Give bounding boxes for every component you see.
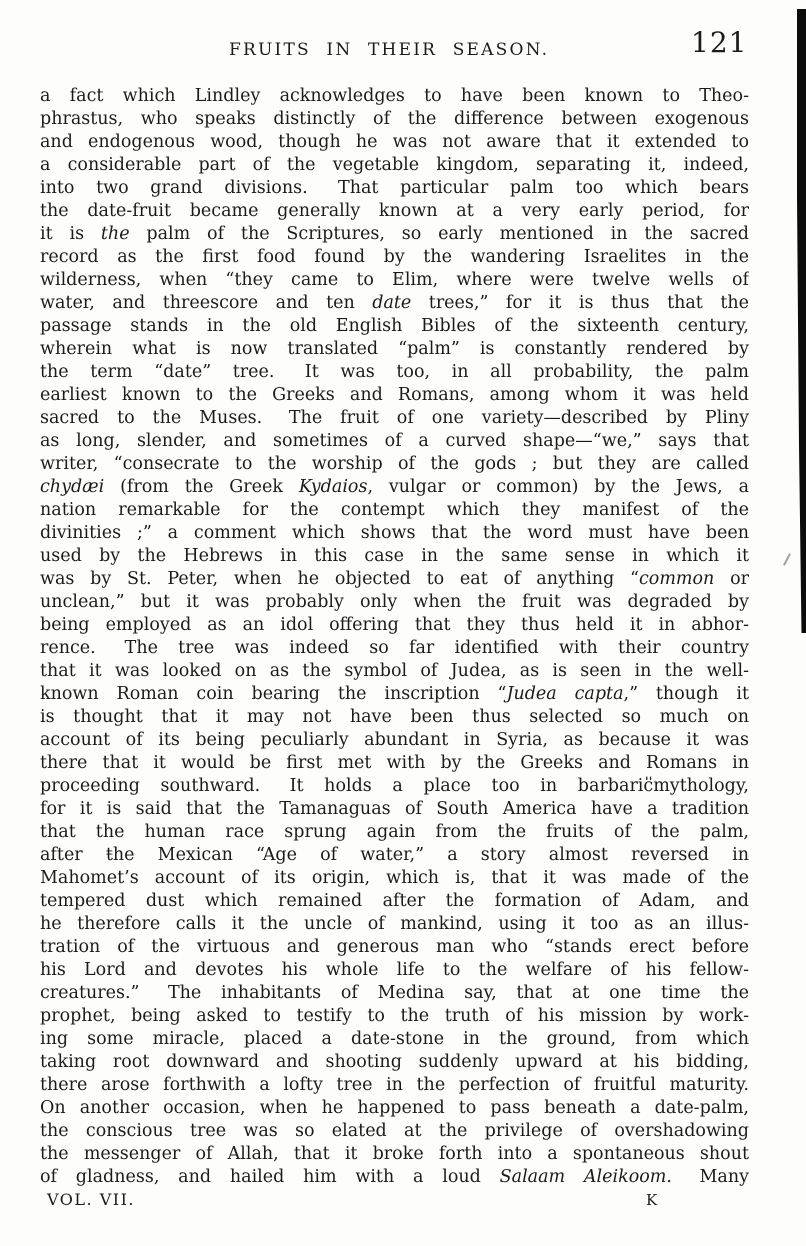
- text-line: of gladness, and hailed him with a loud …: [40, 1166, 749, 1189]
- text-line: he therefore calls it the uncle of manki…: [40, 913, 749, 936]
- text-line: divinities ;” a comment which shows that…: [40, 522, 749, 545]
- text-line: creatures.” The inhabitants of Medina sa…: [40, 982, 749, 1005]
- text-line: rence. The tree was indeed so far identi…: [40, 637, 749, 660]
- text-line: for it is said that the Tamanaguas of So…: [40, 798, 749, 821]
- text-line: the date-fruit became generally known at…: [40, 200, 749, 223]
- text-line: the conscious tree was so elated at the …: [40, 1120, 749, 1143]
- text-line: that the human race sprung again from th…: [40, 821, 749, 844]
- text-line: into two grand divisions. That particula…: [40, 177, 749, 200]
- text-line: wherein what is now translated “palm” is…: [40, 338, 749, 361]
- text-line: account of its being peculiarly abundant…: [40, 729, 749, 752]
- text-line: after ŧhe Mexican “Age of water,” a stor…: [40, 844, 749, 867]
- text-line: water, and threescore and ten date trees…: [40, 292, 749, 315]
- text-line: ing some miracle, placed a date-stone in…: [40, 1028, 749, 1051]
- page-number: 121: [691, 26, 747, 59]
- text-line: taking root downward and shooting sudden…: [40, 1051, 749, 1074]
- text-line: that it was looked on as the symbol of J…: [40, 660, 749, 683]
- text-line: passage stands in the old English Bibles…: [40, 315, 749, 338]
- text-line: and endogenous wood, though he was not a…: [40, 131, 749, 154]
- scan-edge-artifact: [796, 9, 806, 633]
- text-line: tration of the virtuous and generous man…: [40, 936, 749, 959]
- text-line: there that it would be first met with by…: [40, 752, 749, 775]
- text-line: tempered dust which remained after the f…: [40, 890, 749, 913]
- text-line: proceeding southward. It holds a place t…: [40, 775, 749, 798]
- signature-mark: K: [646, 1191, 657, 1209]
- text-line: On another occasion, when he happened to…: [40, 1097, 749, 1120]
- text-line: prophet, being asked to testify to the t…: [40, 1005, 749, 1028]
- book-page: FRUITS IN THEIR SEASON. 121 a fact which…: [0, 0, 806, 1246]
- text-line: being employed as an idol offering that …: [40, 614, 749, 637]
- page-body-text: a fact which Lindley acknowledges to hav…: [40, 85, 749, 1189]
- text-line: unclean,” but it was probably only when …: [40, 591, 749, 614]
- ink-smudge-artifact: [783, 553, 791, 565]
- text-line: nation remarkable for the contempt which…: [40, 499, 749, 522]
- volume-label: VOL. VII.: [47, 1190, 135, 1209]
- text-line: as long, slender, and sometimes of a cur…: [40, 430, 749, 453]
- running-head-title: FRUITS IN THEIR SEASON.: [229, 40, 549, 60]
- text-line: used by the Hebrews in this case in the …: [40, 545, 749, 568]
- text-line: there arose forthwith a lofty tree in th…: [40, 1074, 749, 1097]
- text-line: writer, “consecrate to the worship of th…: [40, 453, 749, 476]
- text-line: record as the first food found by the wa…: [40, 246, 749, 269]
- text-line: it is the palm of the Scriptures, so ear…: [40, 223, 749, 246]
- text-line: phrastus, who speaks distinctly of the d…: [40, 108, 749, 131]
- text-line: the term “date” tree. It was too, in all…: [40, 361, 749, 384]
- text-line: Mahomet’s account of its origin, which i…: [40, 867, 749, 890]
- text-line: chydæi (from the Greek Kydaios, vulgar o…: [40, 476, 749, 499]
- text-line: his Lord and devotes his whole life to t…: [40, 959, 749, 982]
- text-line: known Roman coin bearing the inscription…: [40, 683, 749, 706]
- text-line: a fact which Lindley acknowledges to hav…: [40, 85, 749, 108]
- text-line: a considerable part of the vegetable kin…: [40, 154, 749, 177]
- text-line: the messenger of Allah, that it broke fo…: [40, 1143, 749, 1166]
- text-line: sacred to the Muses. The fruit of one va…: [40, 407, 749, 430]
- text-line: earliest known to the Greeks and Romans,…: [40, 384, 749, 407]
- text-line: is thought that it may not have been thu…: [40, 706, 749, 729]
- text-line: was by St. Peter, when he objected to ea…: [40, 568, 749, 591]
- text-line: wilderness, when “they came to Elim, whe…: [40, 269, 749, 292]
